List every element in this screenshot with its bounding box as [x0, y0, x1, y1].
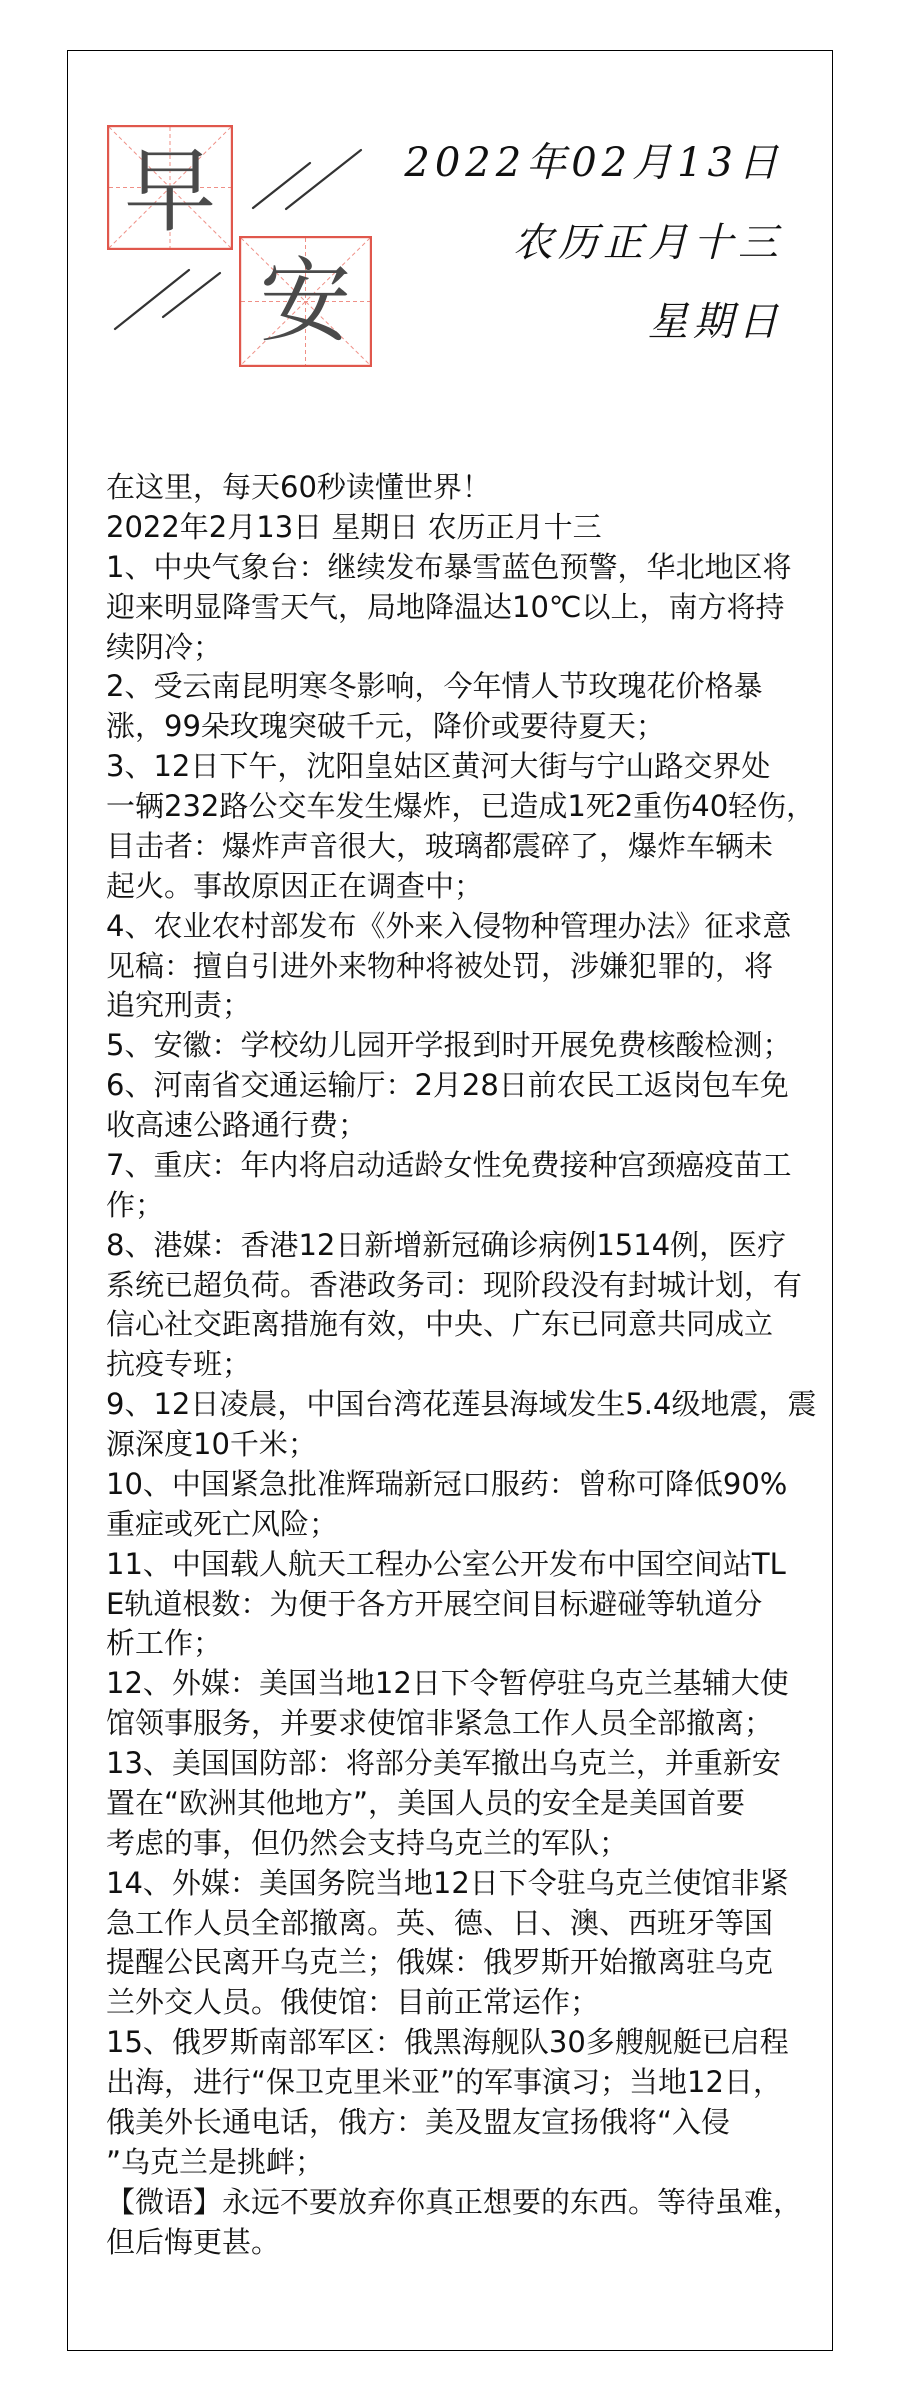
text-line: 源深度10千米； — [106, 1425, 816, 1465]
text-line: 系统已超负荷。香港政务司：现阶段没有封城计划，有 — [106, 1266, 816, 1306]
text-line: 15、俄罗斯南部军区：俄黑海舰队30多艘舰艇已启程 — [106, 2023, 816, 2063]
badge-zao-grid: 早 — [107, 125, 233, 250]
news-item-13: 13、美国国防部：将部分美军撤出乌克兰，并重新安 置在“欧洲其他地方”，美国人员… — [106, 1744, 816, 1864]
intro-line: 在这里，每天60秒读懂世界！ — [106, 468, 816, 508]
text-line: 12、外媒：美国当地12日下令暂停驻乌克兰基辅大使 — [106, 1664, 816, 1704]
news-item-4: 4、农业农村部发布《外来入侵物种管理办法》征求意 见稿：擅自引进外来物种将被处罚… — [106, 907, 816, 1027]
text-line: 急工作人员全部撤离。英、德、日、澳、西班牙等国 — [106, 1904, 816, 1944]
text-line: 【微语】永远不要放弃你真正想要的东西。等待虽难， — [106, 2183, 816, 2223]
badge-char-zao: 早 — [107, 125, 233, 250]
text-line: E轨道根数：为便于各方开展空间目标避碰等轨道分 — [106, 1585, 816, 1625]
text-line: 11、中国载人航天工程办公室公开发布中国空间站TL — [106, 1545, 816, 1585]
text-line: 3、12日下午，沈阳皇姑区黄河大街与宁山路交界处 — [106, 747, 816, 787]
text-line: 13、美国国防部：将部分美军撤出乌克兰，并重新安 — [106, 1744, 816, 1784]
text-line: 收高速公路通行费； — [106, 1106, 816, 1146]
text-line: 迎来明显降雪天气，局地降温达10℃以上，南方将持 — [106, 588, 816, 628]
news-item-8: 8、港媒：香港12日新增新冠确诊病例1514例，医疗 系统已超负荷。香港政务司：… — [106, 1226, 816, 1386]
text-line: 兰外交人员。俄使馆：目前正常运作； — [106, 1983, 816, 2023]
news-item-1: 1、中央气象台：继续发布暴雪蓝色预警，华北地区将 迎来明显降雪天气，局地降温达1… — [106, 548, 816, 668]
text-line: 重症或死亡风险； — [106, 1505, 816, 1545]
text-line: 起火。事故原因正在调查中； — [106, 867, 816, 907]
text-line: 置在“欧洲其他地方”，美国人员的安全是美国首要 — [106, 1784, 816, 1824]
text-line: 俄美外长通电话，俄方：美及盟友宣扬俄将“入侵 — [106, 2103, 816, 2143]
news-item-10: 10、中国紧急批准辉瑞新冠口服药：曾称可降低90% 重症或死亡风险； — [106, 1465, 816, 1545]
text-line: 一辆232路公交车发生爆炸，已造成1死2重伤40轻伤， — [106, 787, 816, 827]
text-line: 6、河南省交通运输厅：2月28日前农民工返岗包车免 — [106, 1066, 816, 1106]
text-line: 涨，99朵玫瑰突破千元，降价或要待夏天； — [106, 707, 816, 747]
text-line: 追究刑责； — [106, 986, 816, 1026]
news-item-6: 6、河南省交通运输厅：2月28日前农民工返岗包车免 收高速公路通行费； — [106, 1066, 816, 1146]
text-line: 提醒公民离开乌克兰；俄媒：俄罗斯开始撤离驻乌克 — [106, 1943, 816, 1983]
news-item-2: 2、受云南昆明寒冬影响，今年情人节玫瑰花价格暴 涨，99朵玫瑰突破千元，降价或要… — [106, 667, 816, 747]
text-line: 2、受云南昆明寒冬影响，今年情人节玫瑰花价格暴 — [106, 667, 816, 707]
text-line: ”乌克兰是挑衅； — [106, 2143, 816, 2183]
weekday: 星期日 — [404, 283, 783, 363]
text-line: 馆领事服务，并要求使馆非紧急工作人员全部撤离； — [106, 1704, 816, 1744]
text-line: 抗疫专班； — [106, 1345, 816, 1385]
text-line: 10、中国紧急批准辉瑞新冠口服药：曾称可降低90% — [106, 1465, 816, 1505]
date-line: 2022年2月13日 星期日 农历正月十三 — [106, 508, 816, 548]
news-item-7: 7、重庆：年内将启动适龄女性免费接种宫颈癌疫苗工 作； — [106, 1146, 816, 1226]
text-line: 考虑的事，但仍然会支持乌克兰的军队； — [106, 1824, 816, 1864]
news-body: 在这里，每天60秒读懂世界！ 2022年2月13日 星期日 农历正月十三 1、中… — [106, 468, 816, 2262]
news-item-15: 15、俄罗斯南部军区：俄黑海舰队30多艘舰艇已启程 出海，进行“保卫克里米亚”的… — [106, 2023, 816, 2183]
text-line: 7、重庆：年内将启动适龄女性免费接种宫颈癌疫苗工 — [106, 1146, 816, 1186]
news-item-12: 12、外媒：美国当地12日下令暂停驻乌克兰基辅大使 馆领事服务，并要求使馆非紧急… — [106, 1664, 816, 1744]
news-item-9: 9、12日凌晨，中国台湾花莲县海域发生5.4级地震，震 源深度10千米； — [106, 1385, 816, 1465]
text-line: 作； — [106, 1186, 816, 1226]
text-line: 14、外媒：美国务院当地12日下令驻乌克兰使馆非紧 — [106, 1864, 816, 1904]
text-line: 出海，进行“保卫克里米亚”的军事演习；当地12日， — [106, 2063, 816, 2103]
news-item-14: 14、外媒：美国务院当地12日下令驻乌克兰使馆非紧 急工作人员全部撤离。英、德、… — [106, 1864, 816, 2024]
text-line: 见稿：擅自引进外来物种将被处罚，涉嫌犯罪的，将 — [106, 947, 816, 987]
text-line: 但后悔更甚。 — [106, 2223, 816, 2263]
daily-quote: 【微语】永远不要放弃你真正想要的东西。等待虽难， 但后悔更甚。 — [106, 2183, 816, 2263]
gregorian-date: 2022年02月13日 — [404, 124, 783, 204]
text-line: 4、农业农村部发布《外来入侵物种管理办法》征求意 — [106, 907, 816, 947]
news-item-11: 11、中国载人航天工程办公室公开发布中国空间站TL E轨道根数：为便于各方开展空… — [106, 1545, 816, 1665]
news-item-3: 3、12日下午，沈阳皇姑区黄河大街与宁山路交界处 一辆232路公交车发生爆炸，已… — [106, 747, 816, 907]
text-line: 信心社交距离措施有效，中央、广东已同意共同成立 — [106, 1305, 816, 1345]
date-header: 2022年02月13日 农历正月十三 星期日 — [404, 124, 783, 363]
text-line: 8、港媒：香港12日新增新冠确诊病例1514例，医疗 — [106, 1226, 816, 1266]
badge-an-grid: 安 — [239, 236, 372, 367]
text-line: 析工作； — [106, 1624, 816, 1664]
badge-char-an: 安 — [239, 236, 372, 367]
news-item-5: 5、安徽：学校幼儿园开学报到时开展免费核酸检测； — [106, 1026, 816, 1066]
text-line: 续阴冷； — [106, 628, 816, 668]
lunar-date: 农历正月十三 — [404, 204, 783, 284]
text-line: 目击者：爆炸声音很大，玻璃都震碎了，爆炸车辆未 — [106, 827, 816, 867]
text-line: 9、12日凌晨，中国台湾花莲县海域发生5.4级地震，震 — [106, 1385, 816, 1425]
text-line: 5、安徽：学校幼儿园开学报到时开展免费核酸检测； — [106, 1026, 816, 1066]
text-line: 1、中央气象台：继续发布暴雪蓝色预警，华北地区将 — [106, 548, 816, 588]
